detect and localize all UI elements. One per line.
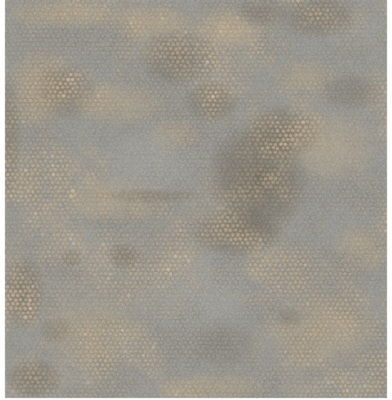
carpet-texture-image: [0, 0, 392, 400]
photo-page: [0, 0, 392, 400]
carpet-swatch-photo: [0, 0, 392, 400]
